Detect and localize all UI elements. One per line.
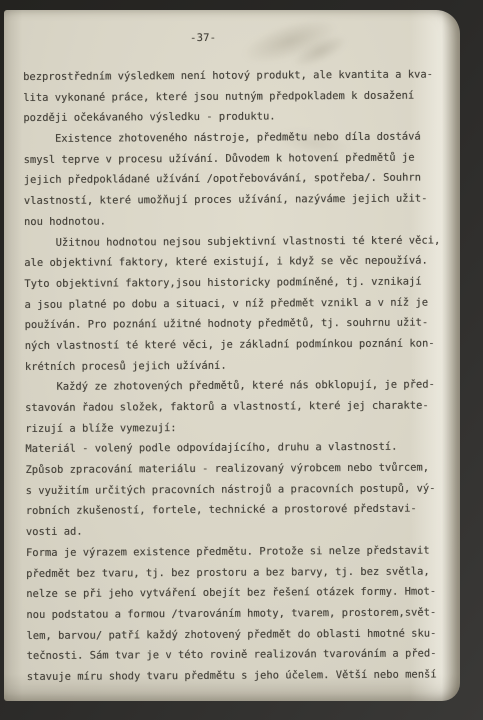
typewritten-line: a jsou platné po dobu a situaci, v níž p… <box>24 292 452 315</box>
typewritten-line: smysl teprve v procesu užívání. Důvodem … <box>24 147 452 170</box>
typewritten-line: Materiál - volený podle odpovídajícího, … <box>25 437 453 460</box>
typewritten-line: Způsob zpracování materiálu - realizovan… <box>25 457 453 480</box>
typewritten-line: s využitím určitých pracovních nástrojů … <box>26 478 454 501</box>
typewritten-line: ných vlastností té které věci, je základ… <box>25 333 453 356</box>
typewritten-line: lita vykonané práce, které jsou nutným p… <box>23 85 451 108</box>
typewritten-line: nou podstatou a formou /tvarováním hmoty… <box>26 602 454 625</box>
smudge-mark <box>237 9 343 72</box>
typewritten-line: vosti ad. <box>26 520 454 543</box>
typewritten-line: robních zkušeností, fortele, technické a… <box>26 499 454 522</box>
typewritten-line: rizují a blíže vymezují: <box>25 416 453 439</box>
typewritten-line: předmět bez tvaru, tj. bez prostoru a be… <box>26 561 454 584</box>
typewritten-line: tečnosti. Sám tvar je v této rovině real… <box>27 644 455 667</box>
typewritten-line: bezprostředním výsledkem není hotový pro… <box>23 64 451 87</box>
typewritten-line: později očekávaného výsledku - produktu. <box>23 106 451 129</box>
typewritten-line: nou hodnotou. <box>24 209 452 232</box>
typewritten-line: stavován řadou složek, faktorů a vlastno… <box>25 395 453 418</box>
typewritten-line: lem, barvou/ patří každý zhotovený předm… <box>26 623 454 646</box>
page-number: -37- <box>190 32 216 44</box>
typewritten-line: Existence zhotoveného nástroje, předmětu… <box>23 126 451 149</box>
typewritten-line: ale objektivní faktory, které existují, … <box>24 251 452 274</box>
typewritten-text-block: bezprostředním výsledkem není hotový pro… <box>23 64 455 687</box>
typewritten-line: vlastností, které umožňují proces užíván… <box>24 189 452 212</box>
document-page: -37- bezprostředním výsledkem není hotov… <box>4 10 460 701</box>
typewritten-line: Tyto objektivní faktory,jsou historicky … <box>24 271 452 294</box>
typewritten-line: nelze se při jeho vytváření obejít bez ř… <box>26 582 454 605</box>
typewritten-line: Každý ze zhotovených předmětů, které nás… <box>25 375 453 398</box>
scanner-background: -37- bezprostředním výsledkem není hotov… <box>0 0 483 720</box>
typewritten-line: jejich předpokládané užívání /opotřebová… <box>24 168 452 191</box>
typewritten-line: Užitnou hodnotou nejsou subjektivní vlas… <box>24 230 452 253</box>
typewritten-line: používán. Pro poznání užitné hodnoty pře… <box>25 313 453 336</box>
typewritten-line: Forma je výrazem existence předmětu. Pro… <box>26 540 454 563</box>
typewritten-line: krétních procesů jejich užívání. <box>25 354 453 377</box>
typewritten-line: stavuje míru shody tvaru předmětu s jeho… <box>27 664 455 687</box>
